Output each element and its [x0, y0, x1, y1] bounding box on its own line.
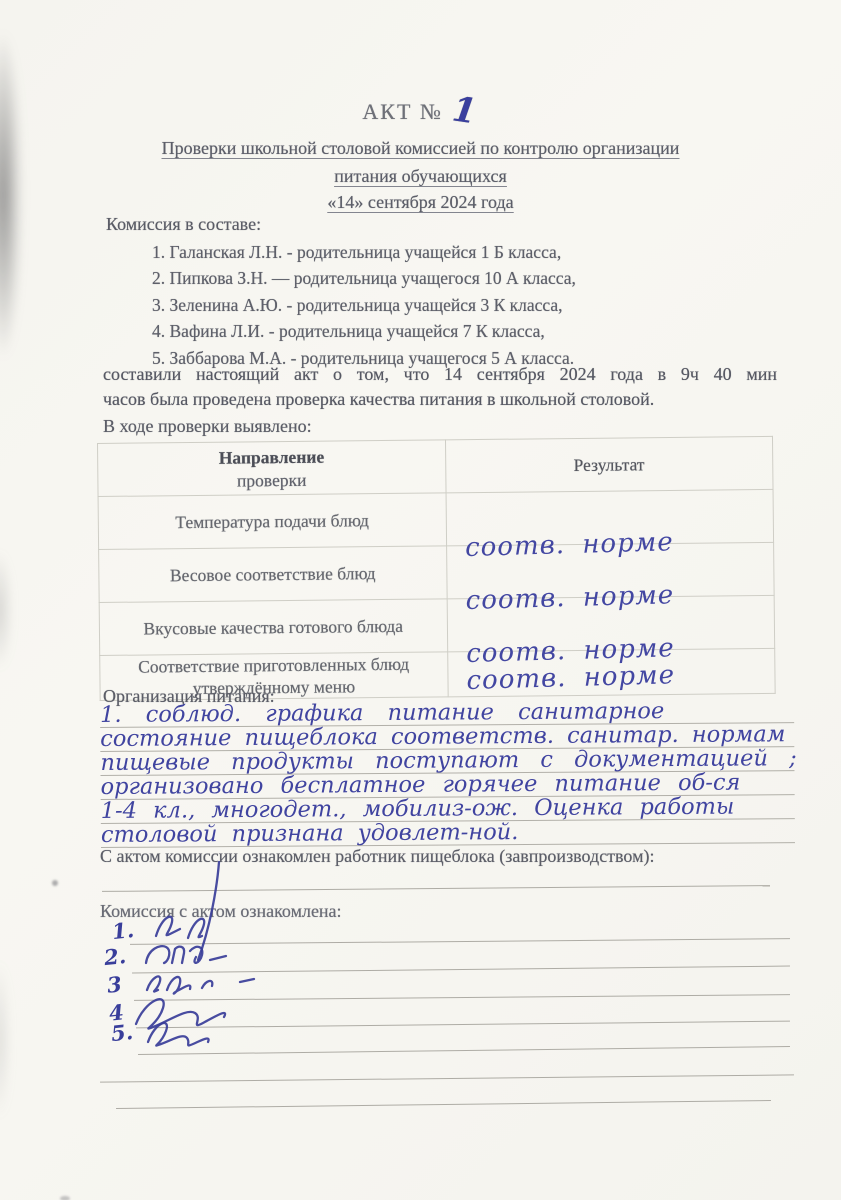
blank-rule-line — [100, 1074, 794, 1082]
member-item: 2. Пипкова З.Н. — родительница учащегося… — [152, 266, 576, 292]
commission-member-list: 1. Галанская Л.Н. - родительница учащейс… — [152, 240, 576, 372]
column-header-direction: Направление проверки — [98, 440, 446, 497]
subtitle-line-1: Проверки школьной столовой комиссией по … — [0, 138, 841, 159]
blank-rule-line — [116, 1100, 771, 1109]
direction-cell: Вкусовые качества готового блюда — [99, 599, 447, 656]
handwritten-result: соотв. норме — [465, 580, 674, 616]
table-row: Температура подачи блюд соотв. норме — [98, 489, 774, 549]
handwritten-result: соотв. норме — [464, 527, 673, 563]
scan-speck — [60, 1196, 70, 1200]
signature-stroke-2-tall — [198, 862, 219, 960]
signature-stroke-3 — [147, 976, 254, 993]
scanned-document-page: АКТ №1 Проверки школьной столовой комисс… — [0, 0, 841, 1200]
commission-intro: Комиссия в составе: — [106, 214, 261, 235]
body-line: составили настоящий акт о том, что 14 се… — [103, 362, 777, 387]
scan-speck — [52, 880, 58, 886]
document-title: АКТ №1 — [0, 88, 841, 128]
handwritten-line: столовой признана удовлет-ной. — [101, 819, 795, 848]
member-item: 1. Галанская Л.Н. - родительница учащейс… — [152, 240, 576, 266]
subtitle-date-line: «14» сентября 2024 года — [0, 192, 841, 213]
direction-cell: Весовое соответствие блюд — [99, 546, 447, 603]
scan-smudge-left-bottom — [0, 960, 10, 1120]
findings-intro: В ходе проверки выявлено: — [103, 416, 312, 437]
body-line: часов была проведена проверка качества п… — [103, 387, 777, 412]
signature-stroke-1 — [156, 917, 204, 938]
table-header-row: Направление проверки Результат — [98, 436, 774, 496]
handwritten-result: соотв. норме — [466, 660, 675, 696]
handwritten-act-number: 1 — [450, 89, 481, 132]
column-header-result: Результат — [445, 436, 773, 492]
signature-rule-line — [102, 885, 770, 892]
act-body-paragraph: составили настоящий акт о том, что 14 се… — [103, 362, 777, 412]
signature-stroke-2 — [146, 946, 226, 963]
member-item: 3. Зеленина А.Ю. - родительница учащейся… — [152, 293, 576, 319]
direction-cell: Температура подачи блюд — [98, 493, 446, 550]
member-item: 4. Вафина Л.И. - родительница учащейся 7… — [152, 319, 576, 345]
inspection-results-table: Направление проверки Результат Температу… — [97, 436, 776, 701]
title-prefix: АКТ № — [362, 99, 443, 124]
signature-stroke-4 — [136, 999, 225, 1028]
ack-worker-line: С актом комиссии ознакомлен работник пищ… — [100, 846, 654, 867]
handwritten-signatures — [90, 900, 450, 1070]
result-cell: соотв. норме — [446, 489, 774, 545]
signature-stroke-5 — [148, 1023, 209, 1046]
subtitle-line-2: питания обучающихся — [0, 166, 841, 187]
handwritten-notes-block: 1. соблюд. графика питание санитарное со… — [100, 699, 795, 848]
scan-smudge-left-mid — [0, 550, 12, 670]
